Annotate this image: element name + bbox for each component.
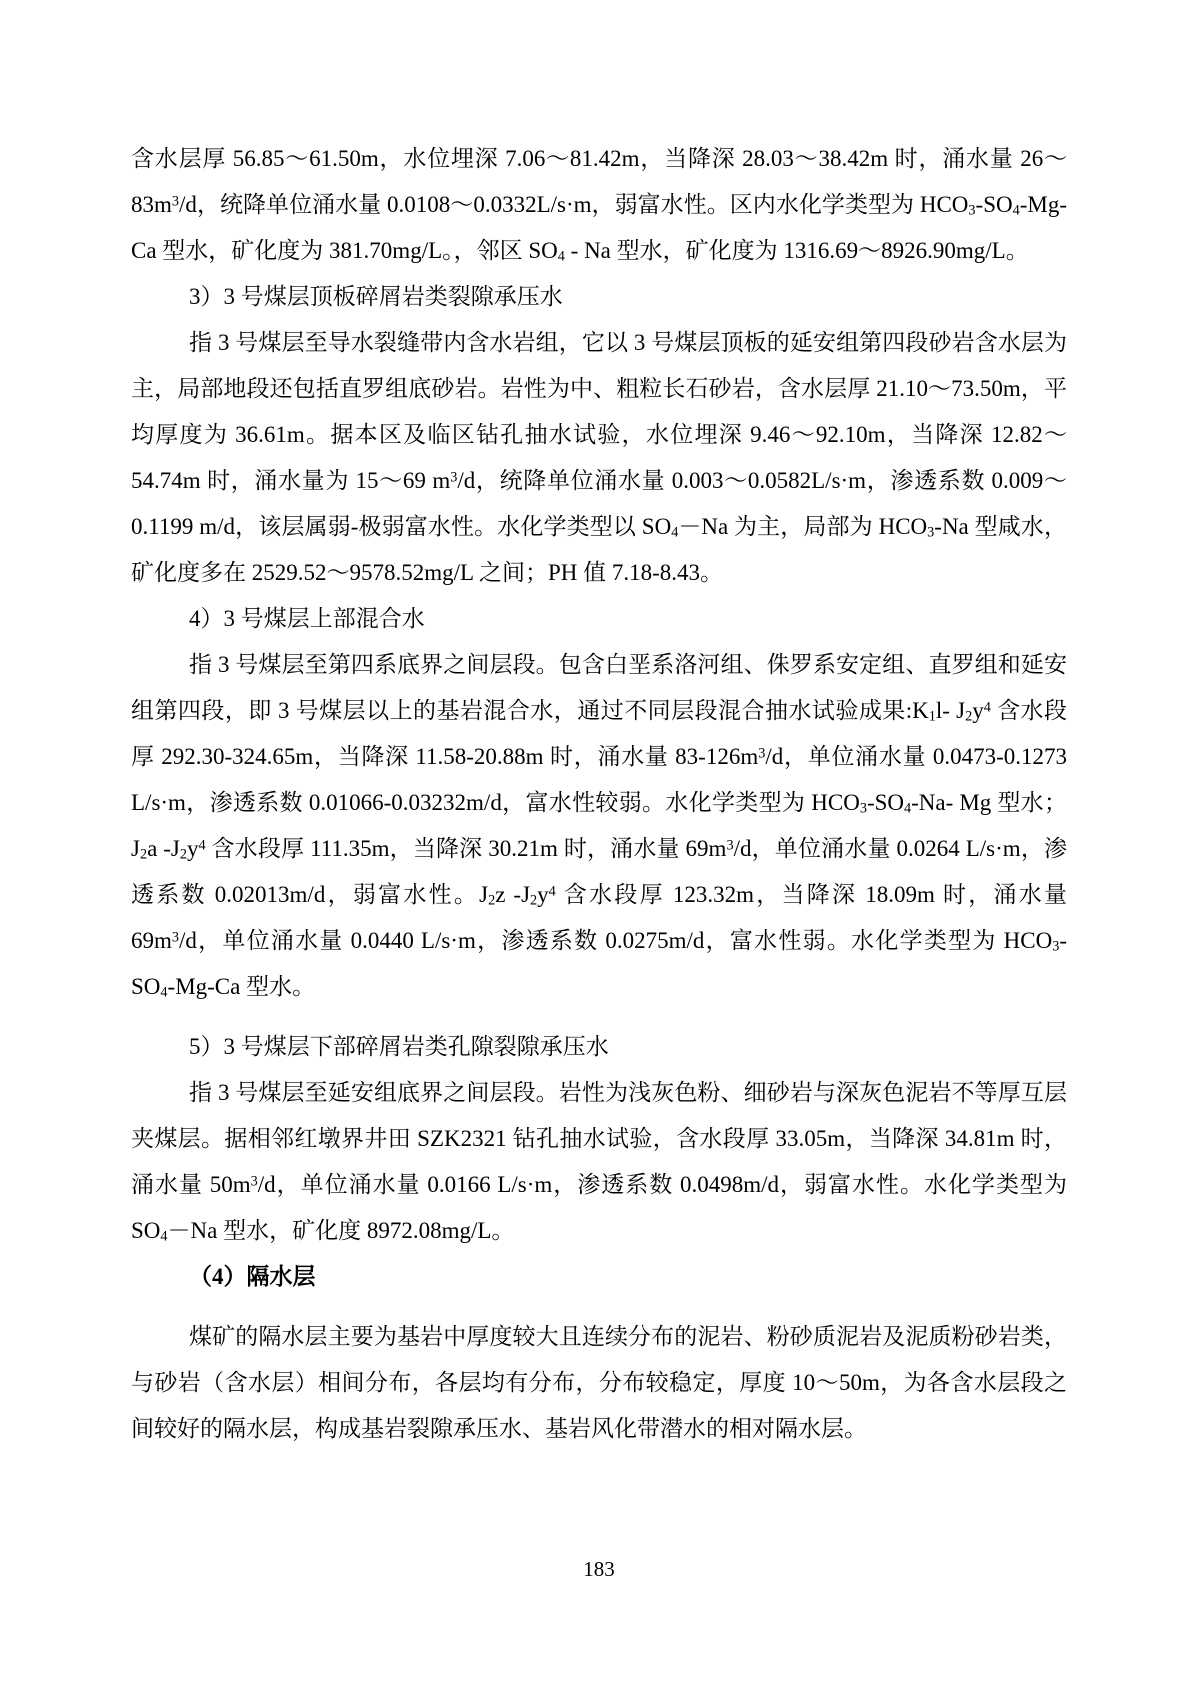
sub-section-heading: 5）3 号煤层下部碎屑岩类孔隙裂隙承压水 xyxy=(131,1024,1067,1070)
paragraph: 指 3 号煤层至导水裂缝带内含水岩组，它以 3 号煤层顶板的延安组第四段砂岩含水… xyxy=(131,320,1067,596)
section-heading: （4）隔水层 xyxy=(131,1254,1067,1300)
page-number: 183 xyxy=(131,1556,1067,1582)
paragraph: 指 3 号煤层至第四系底界之间层段。包含白垩系洛河组、侏罗系安定组、直罗组和延安… xyxy=(131,642,1067,1010)
sub-section-heading: 3）3 号煤层顶板碎屑岩类裂隙承压水 xyxy=(131,274,1067,320)
sub-section-heading: 4）3 号煤层上部混合水 xyxy=(131,596,1067,642)
paragraph: 含水层厚 56.85～61.50m，水位埋深 7.06～81.42m，当降深 2… xyxy=(131,136,1067,274)
document-page: 含水层厚 56.85～61.50m，水位埋深 7.06～81.42m，当降深 2… xyxy=(0,0,1199,1696)
paragraph: 指 3 号煤层至延安组底界之间层段。岩性为浅灰色粉、细砂岩与深灰色泥岩不等厚互层… xyxy=(131,1070,1067,1254)
document-body: 含水层厚 56.85～61.50m，水位埋深 7.06～81.42m，当降深 2… xyxy=(131,136,1067,1452)
paragraph: 煤矿的隔水层主要为基岩中厚度较大且连续分布的泥岩、粉砂质泥岩及泥质粉砂岩类，与砂… xyxy=(131,1314,1067,1452)
